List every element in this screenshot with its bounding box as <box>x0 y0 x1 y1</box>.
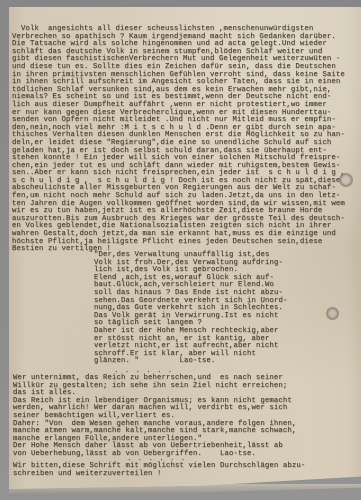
laotse-quote-block: "Der,des Verwaltung unauffällig ist,des … <box>94 252 287 366</box>
document-page: Volk angesichts all dieser scheusslichst… <box>9 7 361 489</box>
ring-stain-2 <box>326 307 339 320</box>
closing-appeal: Wir bitten,diese Schrift mit möglichst v… <box>13 463 305 478</box>
ring-stain-1 <box>339 173 353 187</box>
laotse-second-quote-paragraph: Wer unternimmt, das Reich zu beherrschen… <box>13 375 296 459</box>
scan-background: Volk angesichts all dieser scheusslichst… <box>0 0 361 500</box>
main-paragraph: Volk angesichts all dieser scheusslichst… <box>12 26 345 254</box>
